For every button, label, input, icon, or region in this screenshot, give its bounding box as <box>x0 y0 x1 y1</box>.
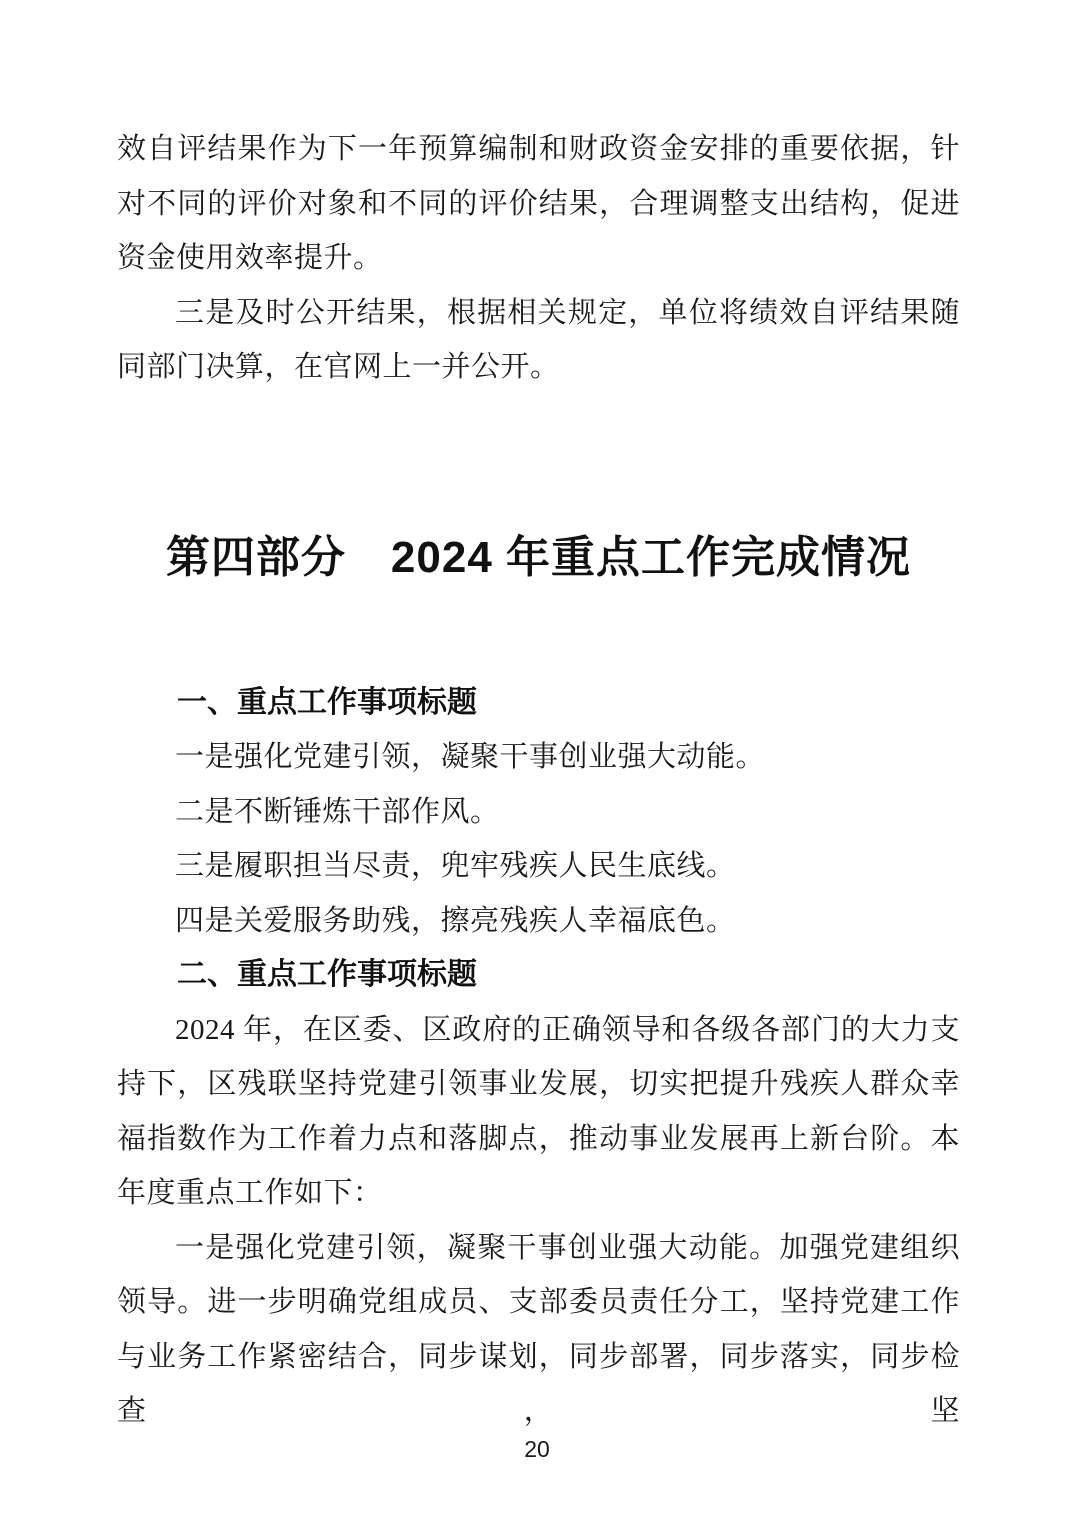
highlight-item-4: 四是关爱服务助残，擦亮残疾人幸福底色。 <box>117 894 960 949</box>
highlight-item-3: 三是履职担当尽责，兜牢残疾人民生底线。 <box>117 839 960 894</box>
document-page: 效自评结果作为下一年预算编制和财政资金安排的重要依据，针对不同的评价对象和不同的… <box>0 0 1074 1520</box>
subheading-key-work-1: 一、重点工作事项标题 <box>117 676 960 731</box>
document-content: 效自评结果作为下一年预算编制和财政资金安排的重要依据，针对不同的评价对象和不同的… <box>117 0 960 1439</box>
page-number: 20 <box>0 1436 1074 1463</box>
paragraph-item-one-detail: 一是强化党建引领，凝聚干事创业强大动能。加强党建组织领导。进一步明确党组成员、支… <box>117 1221 960 1439</box>
subheading-key-work-2: 二、重点工作事项标题 <box>117 948 960 1003</box>
highlight-item-2: 二是不断锤炼干部作风。 <box>117 785 960 840</box>
highlight-item-1: 一是强化党建引领，凝聚干事创业强大动能。 <box>117 730 960 785</box>
paragraph-overview-2024: 2024 年，在区委、区政府的正确领导和各级各部门的大力支持下，区残联坚持党建引… <box>117 1003 960 1221</box>
paragraph-continuation: 效自评结果作为下一年预算编制和财政资金安排的重要依据，针对不同的评价对象和不同的… <box>117 122 960 286</box>
paragraph-publish-results: 三是及时公开结果，根据相关规定，单位将绩效自评结果随同部门决算，在官网上一并公开… <box>117 286 960 395</box>
section-heading-part4: 第四部分 2024 年重点工作完成情况 <box>117 525 960 591</box>
